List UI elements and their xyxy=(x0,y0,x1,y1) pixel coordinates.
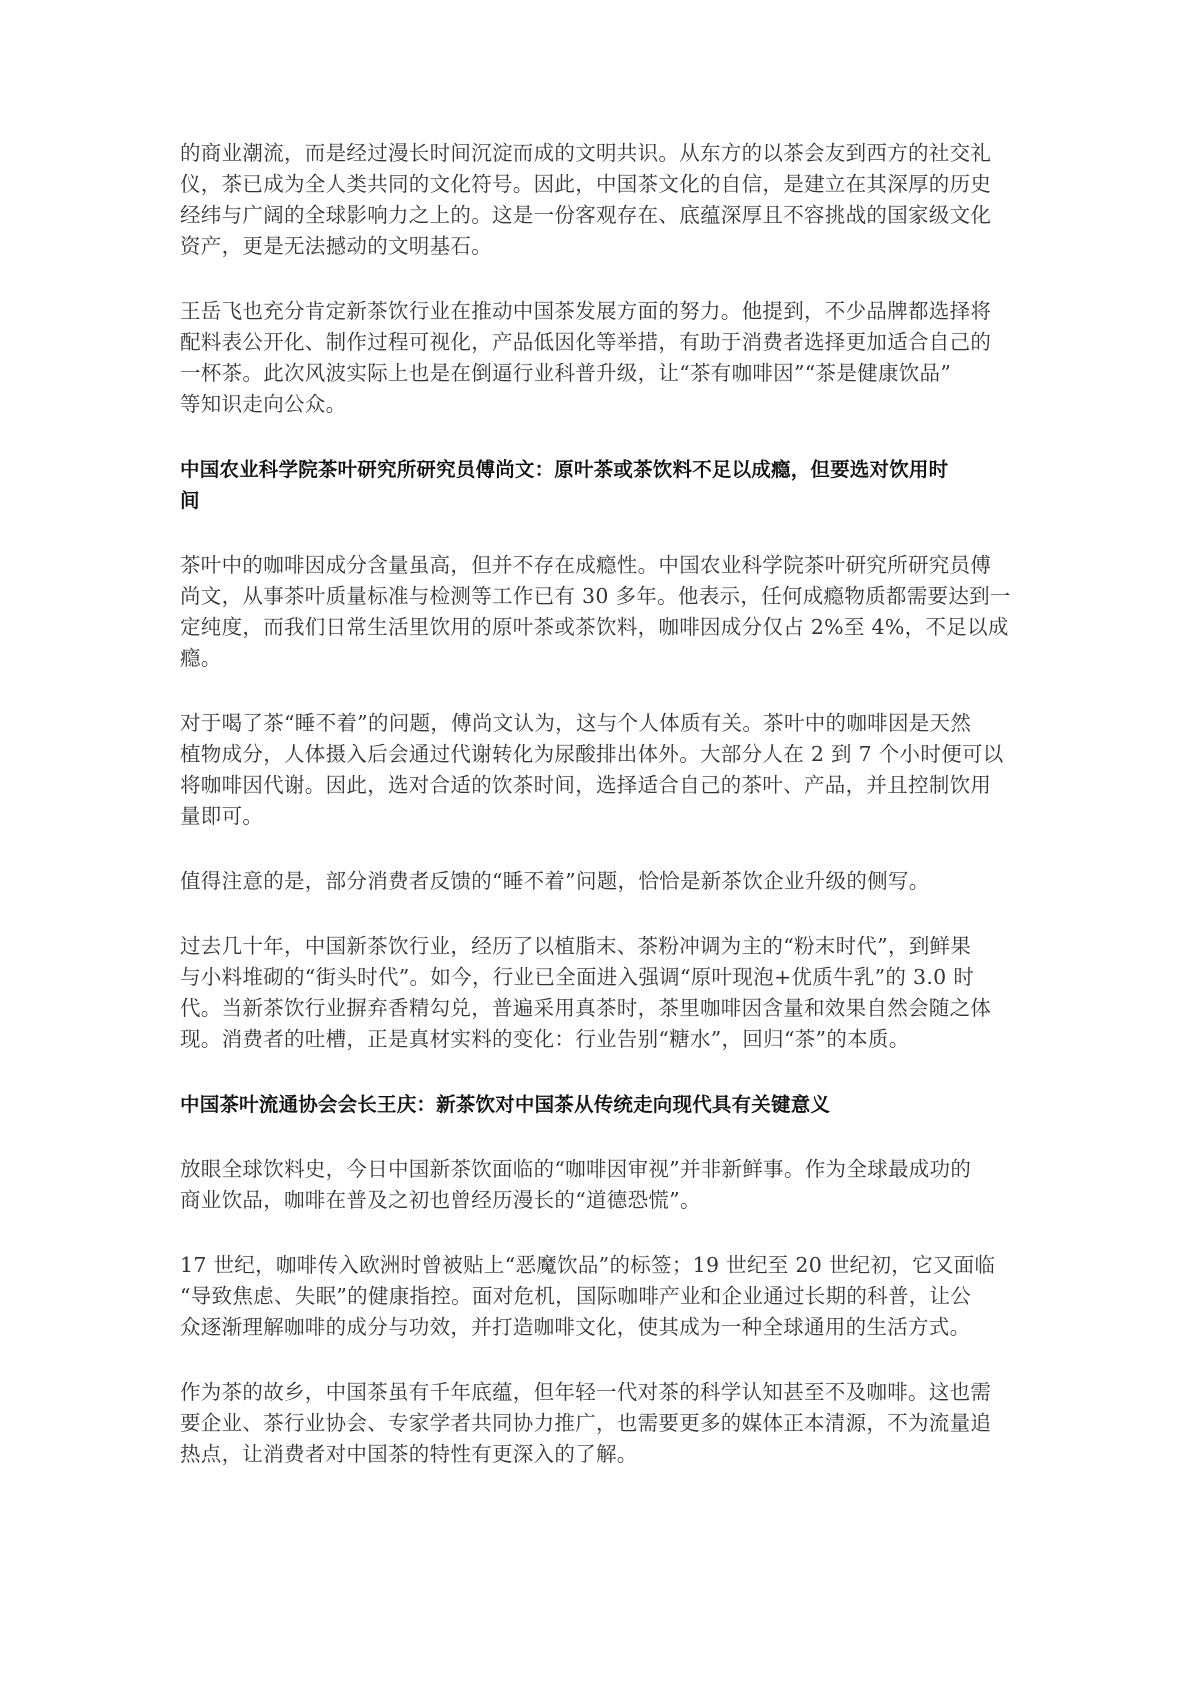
text-line: 尚文，从事茶叶质量标准与检测等工作已有 30 多年。他表示，任何成瘾物质都需要达… xyxy=(180,581,1010,612)
text-line: 对于喝了茶“睡不着”的问题，傅尚文认为，这与个人体质有关。茶叶中的咖啡因是天然 xyxy=(180,708,1010,739)
document-page: 的商业潮流，而是经过漫长时间沉淀而成的文明共识。从东方的以茶会友到西方的社交礼 … xyxy=(0,0,1190,1683)
paragraph-call-to-action: 作为茶的故乡，中国茶虽有千年底蕴，但年轻一代对茶的科学认知甚至不及咖啡。这也需 … xyxy=(180,1377,1010,1470)
text-line: 经纬与广阔的全球影响力之上的。这是一份客观存在、底蕴深厚且不容挑战的国家级文化 xyxy=(180,200,1010,231)
article-body: 的商业潮流，而是经过漫长时间沉淀而成的文明共识。从东方的以茶会友到西方的社交礼 … xyxy=(180,138,1010,1504)
paragraph-tea-culture-confidence: 的商业潮流，而是经过漫长时间沉淀而成的文明共识。从东方的以茶会友到西方的社交礼 … xyxy=(180,138,1010,262)
text-line: 众逐渐理解咖啡的成分与功效，并打造咖啡文化，使其成为一种全球通用的生活方式。 xyxy=(180,1312,1010,1343)
text-line: 将咖啡因代谢。因此，选对合适的饮茶时间，选择适合自己的茶叶、产品，并且控制饮用 xyxy=(180,770,1010,801)
text-line: 定纯度，而我们日常生活里饮用的原叶茶或茶饮料，咖啡因成分仅占 2%至 4%，不足… xyxy=(180,612,1010,643)
text-line: 配料表公开化、制作过程可视化，产品低因化等举措，有助于消费者选择更加适合自己的 xyxy=(180,327,1010,358)
text-line: 与小料堆砌的“街头时代”。如今，行业已全面进入强调“原叶现泡+优质牛乳”的 3.… xyxy=(180,962,1010,993)
text-line: 17 世纪，咖啡传入欧洲时曾被贴上“恶魔饮品”的标签；19 世纪至 20 世纪初… xyxy=(180,1250,1010,1281)
text-line: 代。当新茶饮行业摒弃香精勾兑，普遍采用真茶时，茶里咖啡因含量和效果自然会随之体 xyxy=(180,993,1010,1024)
text-line: 要企业、茶行业协会、专家学者共同协力推广，也需要更多的媒体正本清源，不为流量追 xyxy=(180,1408,1010,1439)
text-line: 仪，茶已成为全人类共同的文化符号。因此，中国茶文化的自信，是建立在其深厚的历史 xyxy=(180,169,1010,200)
text-line: 现。消费者的吐槽，正是真材实料的变化：行业告别“糖水”，回归“茶”的本质。 xyxy=(180,1024,1010,1055)
text-line: 植物成分，人体摄入后会通过代谢转化为尿酸排出体外。大部分人在 2 到 7 个小时… xyxy=(180,739,1010,770)
text-line: “导致焦虑、失眠”的健康指控。面对危机，国际咖啡产业和企业通过长期的科普，让公 xyxy=(180,1281,1010,1312)
paragraph-sleep-issue: 对于喝了茶“睡不着”的问题，傅尚文认为，这与个人体质有关。茶叶中的咖啡因是天然 … xyxy=(180,708,1010,832)
heading-line: 中国农业科学院茶叶研究所研究员傅尚文：原叶茶或茶饮料不足以成瘾，但要选对饮用时 xyxy=(180,454,1010,485)
text-line: 茶叶中的咖啡因成分含量虽高，但并不存在成瘾性。中国农业科学院茶叶研究所研究员傅 xyxy=(180,550,1010,581)
text-line: 商业饮品，咖啡在普及之初也曾经历漫长的“道德恐慌”。 xyxy=(180,1185,1010,1216)
paragraph-industry-upgrade-note: 值得注意的是，部分消费者反馈的“睡不着”问题，恰恰是新茶饮企业升级的侧写。 xyxy=(180,866,1010,897)
section-heading-fu-shangwen: 中国农业科学院茶叶研究所研究员傅尚文：原叶茶或茶饮料不足以成瘾，但要选对饮用时 … xyxy=(180,454,1010,516)
paragraph-industry-history: 过去几十年，中国新茶饮行业，经历了以植脂末、茶粉冲调为主的“粉末时代”，到鲜果 … xyxy=(180,931,1010,1055)
text-line: 一杯茶。此次风波实际上也是在倒逼行业科普升级，让“茶有咖啡因”“茶是健康饮品” xyxy=(180,358,1010,389)
text-line: 量即可。 xyxy=(180,801,1010,832)
paragraph-coffee-in-europe: 17 世纪，咖啡传入欧洲时曾被贴上“恶魔饮品”的标签；19 世纪至 20 世纪初… xyxy=(180,1250,1010,1343)
heading-line: 中国茶叶流通协会会长王庆：新茶饮对中国茶从传统走向现代具有关键意义 xyxy=(180,1089,1010,1120)
paragraph-global-beverage-history: 放眼全球饮料史，今日中国新茶饮面临的“咖啡因审视”并非新鲜事。作为全球最成功的 … xyxy=(180,1154,1010,1216)
text-line: 过去几十年，中国新茶饮行业，经历了以植脂末、茶粉冲调为主的“粉末时代”，到鲜果 xyxy=(180,931,1010,962)
text-line: 资产，更是无法撼动的文明基石。 xyxy=(180,231,1010,262)
section-heading-wang-qing: 中国茶叶流通协会会长王庆：新茶饮对中国茶从传统走向现代具有关键意义 xyxy=(180,1089,1010,1120)
text-line: 热点，让消费者对中国茶的特性有更深入的了解。 xyxy=(180,1439,1010,1470)
text-line: 的商业潮流，而是经过漫长时间沉淀而成的文明共识。从东方的以茶会友到西方的社交礼 xyxy=(180,138,1010,169)
text-line: 瘾。 xyxy=(180,643,1010,674)
text-line: 放眼全球饮料史，今日中国新茶饮面临的“咖啡因审视”并非新鲜事。作为全球最成功的 xyxy=(180,1154,1010,1185)
text-line: 等知识走向公众。 xyxy=(180,389,1010,420)
heading-line: 间 xyxy=(180,485,1010,516)
paragraph-caffeine-not-addictive: 茶叶中的咖啡因成分含量虽高，但并不存在成瘾性。中国农业科学院茶叶研究所研究员傅 … xyxy=(180,550,1010,674)
paragraph-wang-yuefei: 王岳飞也充分肯定新茶饮行业在推动中国茶发展方面的努力。他提到，不少品牌都选择将 … xyxy=(180,296,1010,420)
text-line: 王岳飞也充分肯定新茶饮行业在推动中国茶发展方面的努力。他提到，不少品牌都选择将 xyxy=(180,296,1010,327)
text-line: 作为茶的故乡，中国茶虽有千年底蕴，但年轻一代对茶的科学认知甚至不及咖啡。这也需 xyxy=(180,1377,1010,1408)
text-line: 值得注意的是，部分消费者反馈的“睡不着”问题，恰恰是新茶饮企业升级的侧写。 xyxy=(180,866,1010,897)
